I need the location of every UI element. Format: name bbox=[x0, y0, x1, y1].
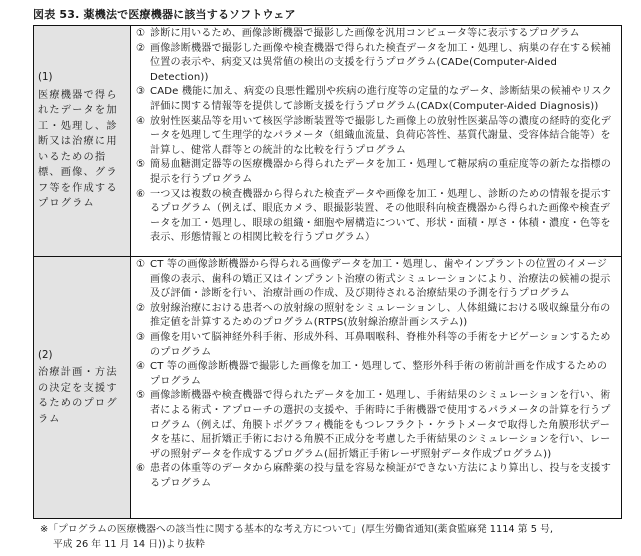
software-classification-table: (1) 医療機器で得られたデータを加工・処理し、診断又は治療に用いるための指標、… bbox=[33, 25, 622, 519]
row-label-text: 医療機器で得られたデータを加工・処理し、診断又は治療に用いるための指標、画像、グ… bbox=[38, 90, 118, 210]
list-item: ③CADe 機能に加え、病変の良悪性鑑別や疾病の進行度等の定量的なデータ、診断結… bbox=[136, 85, 617, 114]
item-number-marker: ③ bbox=[136, 331, 150, 346]
item-text: CT 等の画像診断機器で撮影した画像を加工・処理して、整形外科手術の術前計画を作… bbox=[150, 361, 607, 387]
item-number-marker: ① bbox=[136, 258, 150, 273]
list-item: ⑤画像診断機器や検査機器で得られたデータを加工・処理し、手術結果のシミュレーショ… bbox=[136, 389, 617, 462]
item-text: 簡易血糖測定器等の医療機器から得られたデータを加工・処理して糖尿病の重症度等の新… bbox=[150, 159, 611, 185]
row-label-cell: (1) 医療機器で得られたデータを加工・処理し、診断又は治療に用いるための指標、… bbox=[34, 26, 131, 257]
row-items-cell: ①CT 等の画像診断機器から得られる画像データを加工・処理し、歯やインプラントの… bbox=[131, 257, 622, 519]
table-row: (2) 治療計画・方法の決定を支援するためのプログラム ①CT 等の画像診断機器… bbox=[34, 257, 622, 519]
item-text: 放射線治療における患者への放射線の照射をシミュレーションし、人体組織における吸収… bbox=[150, 303, 610, 329]
row-label-number: (1) bbox=[38, 70, 126, 86]
row-label-number: (2) bbox=[38, 348, 126, 364]
item-text: 画像診断機器や検査機器で得られたデータを加工・処理し、手術結果のシミュレーション… bbox=[150, 390, 610, 459]
item-text: CADe 機能に加え、病変の良悪性鑑別や疾病の進行度等の定量的なデータ、診断結果… bbox=[150, 86, 612, 112]
list-item: ①診断に用いるため、画像診断機器で撮影した画像を汎用コンピュータ等に表示するプロ… bbox=[136, 27, 617, 42]
item-number-marker: ⑥ bbox=[136, 462, 150, 477]
list-item: ②放射線治療における患者への放射線の照射をシミュレーションし、人体組織における吸… bbox=[136, 302, 617, 331]
footnote-line-2: 平成 26 年 11 月 14 日))より抜粋 bbox=[40, 538, 630, 553]
footnote-line-1: ※「プログラムの医療機器への該当性に関する基本的な考え方について」(厚生労働省通… bbox=[40, 524, 553, 535]
item-text: 画像を用いて脳神経外科手術、形成外科、耳鼻咽喉科、脊椎外科等の手術をナビゲーショ… bbox=[150, 332, 611, 358]
list-item: ③画像を用いて脳神経外科手術、形成外科、耳鼻咽喉科、脊椎外科等の手術をナビゲーシ… bbox=[136, 331, 617, 360]
item-text: CT 等の画像診断機器から得られる画像データを加工・処理し、歯やインプラントの位… bbox=[150, 259, 610, 299]
item-text: 診断に用いるため、画像診断機器で撮影した画像を汎用コンピュータ等に表示するプログ… bbox=[150, 28, 580, 39]
table-row: (1) 医療機器で得られたデータを加工・処理し、診断又は治療に用いるための指標、… bbox=[34, 26, 622, 257]
item-text: 放射性医薬品等を用いて核医学診断装置等で撮影した画像上の放射性医薬品等の濃度の経… bbox=[150, 116, 611, 156]
list-item: ⑥患者の体重等のデータから麻酔薬の投与量を容易な検証ができない方法により算出し、… bbox=[136, 462, 617, 491]
item-number-marker: ② bbox=[136, 42, 150, 57]
row-items-cell: ①診断に用いるため、画像診断機器で撮影した画像を汎用コンピュータ等に表示するプロ… bbox=[131, 26, 622, 257]
item-text: 患者の体重等のデータから麻酔薬の投与量を容易な検証ができない方法により算出し、投… bbox=[150, 463, 611, 489]
source-footnote: ※「プログラムの医療機器への該当性に関する基本的な考え方について」(厚生労働省通… bbox=[40, 523, 630, 552]
list-item: ④CT 等の画像診断機器で撮影した画像を加工・処理して、整形外科手術の術前計画を… bbox=[136, 360, 617, 389]
item-number-marker: ⑤ bbox=[136, 389, 150, 404]
item-number-marker: ② bbox=[136, 302, 150, 317]
figure-title: 図表 53. 薬機法で医療機器に該当するソフトウェア bbox=[33, 6, 296, 22]
item-text: 一つ又は複数の検査機器から得られた検査データや画像を加工・処理し、診断のための情… bbox=[150, 189, 611, 244]
row-label-text: 治療計画・方法の決定を支援するためのプログラム bbox=[38, 367, 118, 425]
list-item: ⑤簡易血糖測定器等の医療機器から得られたデータを加工・処理して糖尿病の重症度等の… bbox=[136, 158, 617, 187]
row-label-cell: (2) 治療計画・方法の決定を支援するためのプログラム bbox=[34, 257, 131, 519]
list-item: ⑥一つ又は複数の検査機器から得られた検査データや画像を加工・処理し、診断のための… bbox=[136, 188, 617, 246]
item-number-marker: ⑤ bbox=[136, 158, 150, 173]
item-number-marker: ④ bbox=[136, 360, 150, 375]
item-number-marker: ⑥ bbox=[136, 188, 150, 203]
item-text: 画像診断機器で撮影した画像や検査機器で得られた検査データを加工・処理し、病巣の存… bbox=[150, 43, 611, 83]
item-number-marker: ③ bbox=[136, 85, 150, 100]
item-number-marker: ① bbox=[136, 27, 150, 42]
list-item: ①CT 等の画像診断機器から得られる画像データを加工・処理し、歯やインプラントの… bbox=[136, 258, 617, 302]
item-number-marker: ④ bbox=[136, 115, 150, 130]
list-item: ②画像診断機器で撮影した画像や検査機器で得られた検査データを加工・処理し、病巣の… bbox=[136, 42, 617, 86]
list-item: ④放射性医薬品等を用いて核医学診断装置等で撮影した画像上の放射性医薬品等の濃度の… bbox=[136, 115, 617, 159]
